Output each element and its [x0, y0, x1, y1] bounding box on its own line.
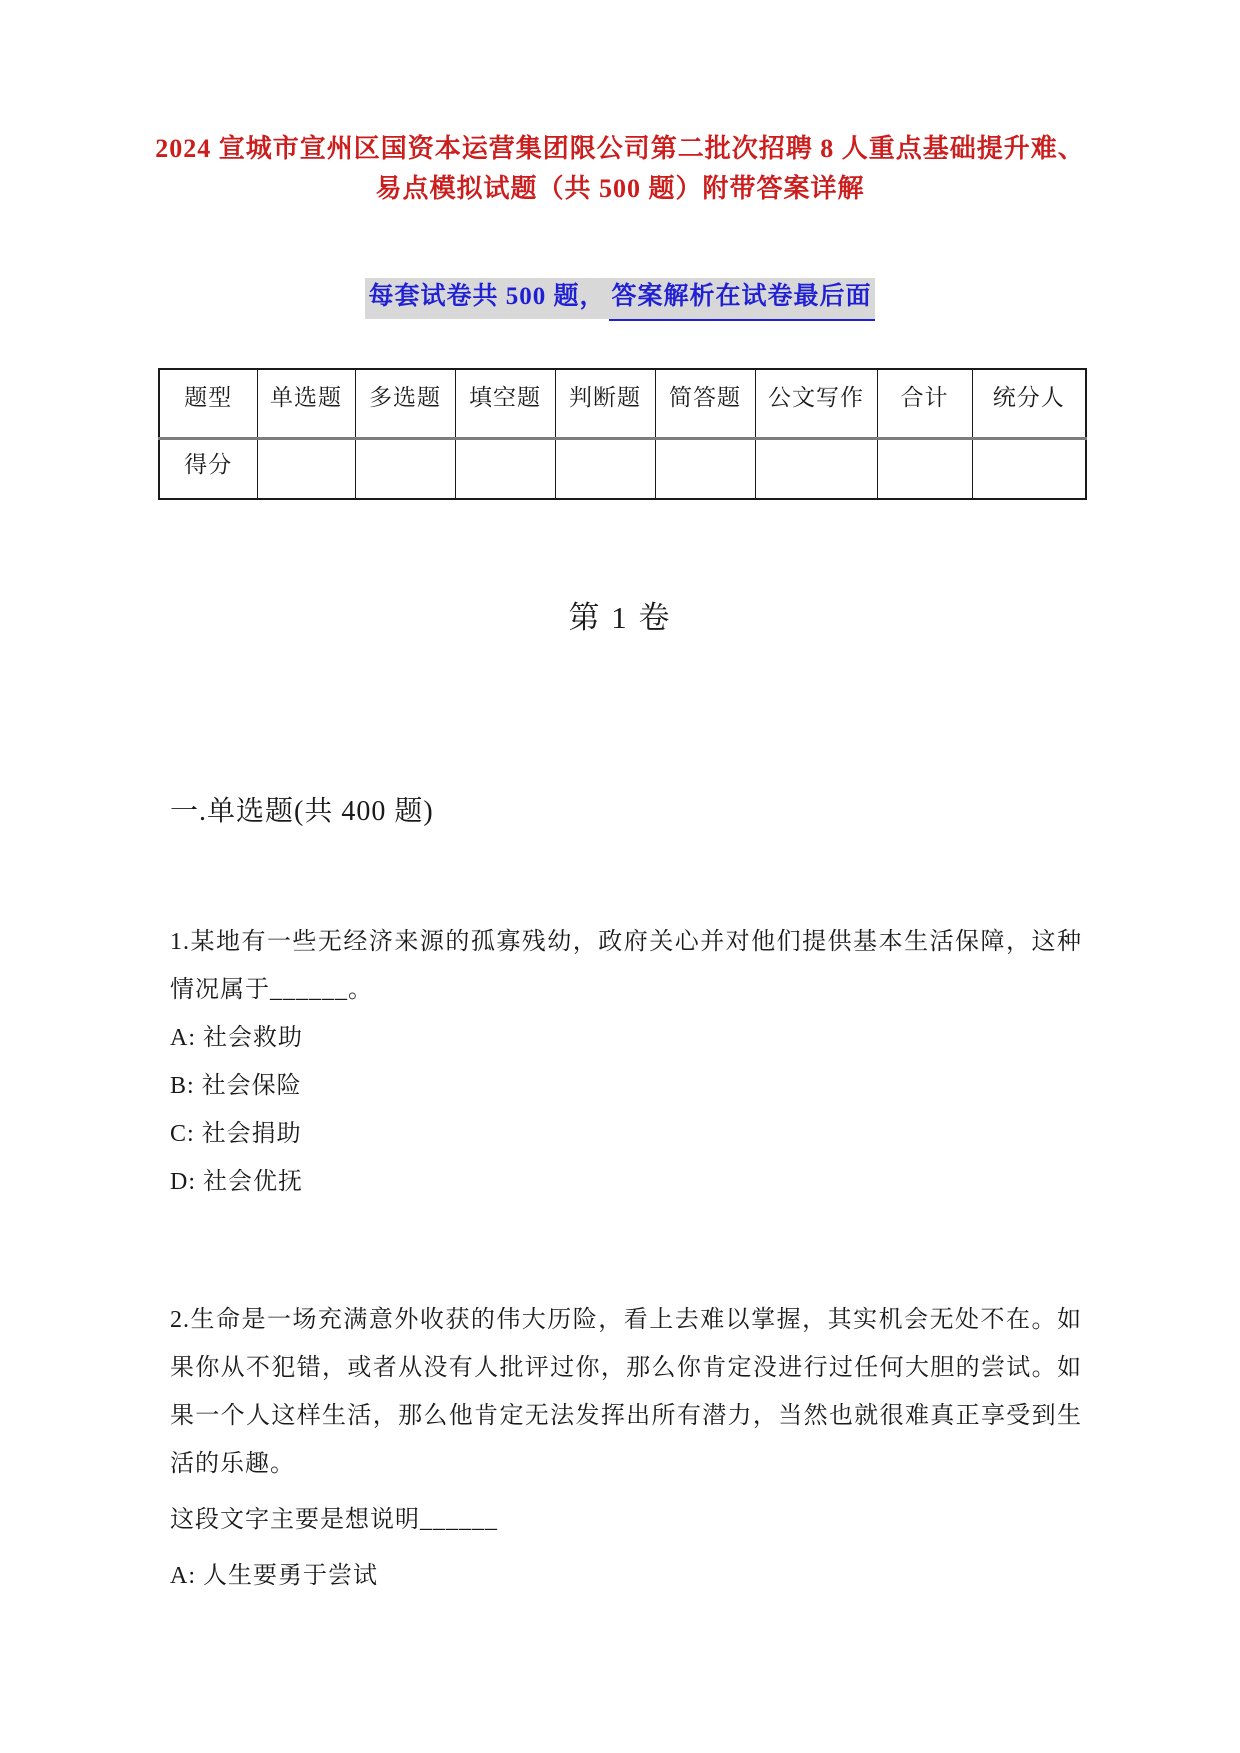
section-heading: 一.单选题(共 400 题)	[170, 789, 434, 829]
score-table-header-cell: 简答题	[655, 369, 755, 439]
score-table: 题型 单选题 多选题 填空题 判断题 简答题 公文写作 合计 统分人 得分	[158, 368, 1087, 500]
score-cell-empty	[257, 439, 355, 500]
score-cell-empty	[655, 439, 755, 500]
volume-heading: 第 1 卷	[0, 592, 1240, 637]
score-row-label: 得分	[159, 439, 257, 500]
score-table-header-row: 题型 单选题 多选题 填空题 判断题 简答题 公文写作 合计 统分人	[159, 369, 1086, 439]
score-table-header-cell: 单选题	[257, 369, 355, 439]
score-table-header-cell: 统分人	[972, 369, 1086, 439]
document-title-line1: 2024 宣城市宣州区国资本运营集团限公司第二批次招聘 8 人重点基础提升难、	[100, 129, 1140, 169]
score-table-header-cell: 判断题	[555, 369, 655, 439]
question-1-option-d: D: 社会优抚	[170, 1158, 1082, 1206]
document-title-line2: 易点模拟试题（共 500 题）附带答案详解	[100, 169, 1140, 209]
score-table-header-cell: 多选题	[355, 369, 455, 439]
document-title: 2024 宣城市宣州区国资本运营集团限公司第二批次招聘 8 人重点基础提升难、 …	[100, 129, 1140, 209]
question-2-prompt: 这段文字主要是想说明______	[170, 1496, 1082, 1544]
exam-subtitle: 每套试卷共 500 题，答案解析在试卷最后面	[0, 276, 1240, 312]
score-table-header-cell: 合计	[877, 369, 972, 439]
score-table-score-row: 得分	[159, 439, 1086, 500]
exam-document-page: 2024 宣城市宣州区国资本运营集团限公司第二批次招聘 8 人重点基础提升难、 …	[0, 0, 1240, 1753]
question-2-option-a: A: 人生要勇于尝试	[170, 1552, 1082, 1600]
score-cell-empty	[877, 439, 972, 500]
score-cell-empty	[355, 439, 455, 500]
question-1-text: 1.某地有一些无经济来源的孤寡残幼，政府关心并对他们提供基本生活保障，这种情况属…	[170, 918, 1082, 1014]
subtitle-prefix: 每套试卷共 500 题，	[365, 278, 608, 319]
question-2: 2.生命是一场充满意外收获的伟大历险，看上去难以掌握，其实机会无处不在。如果你从…	[170, 1296, 1082, 1600]
question-1-option-c: C: 社会捐助	[170, 1110, 1082, 1158]
score-cell-empty	[455, 439, 555, 500]
score-table-header-cell: 填空题	[455, 369, 555, 439]
question-1: 1.某地有一些无经济来源的孤寡残幼，政府关心并对他们提供基本生活保障，这种情况属…	[170, 918, 1082, 1206]
subtitle-answers-link[interactable]: 答案解析在试卷最后面	[609, 278, 875, 321]
question-1-option-a: A: 社会救助	[170, 1014, 1082, 1062]
score-cell-empty	[555, 439, 655, 500]
score-table-header-cell: 公文写作	[755, 369, 877, 439]
score-cell-empty	[755, 439, 877, 500]
score-table-header-cell: 题型	[159, 369, 257, 439]
score-cell-empty	[972, 439, 1086, 500]
question-1-option-b: B: 社会保险	[170, 1062, 1082, 1110]
question-2-text: 2.生命是一场充满意外收获的伟大历险，看上去难以掌握，其实机会无处不在。如果你从…	[170, 1296, 1082, 1488]
